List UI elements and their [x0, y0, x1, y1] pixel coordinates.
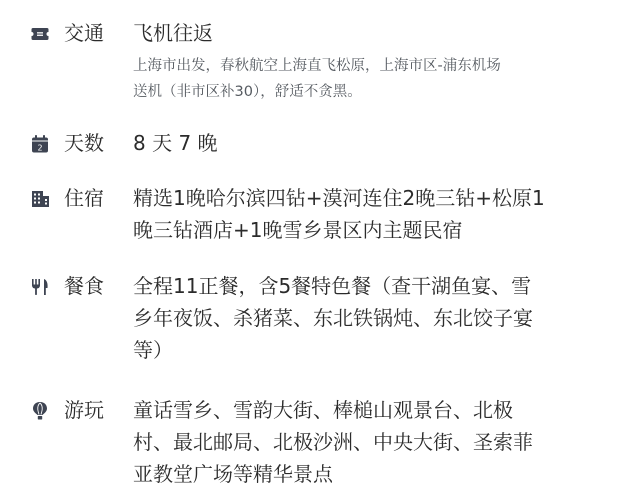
fork-knife-icon [30, 277, 50, 297]
duration-value: 8 天 7 晚 [133, 127, 603, 159]
accommodation-label: 住宿 [64, 182, 104, 214]
duration-content: 8 天 7 晚 [133, 127, 603, 159]
sightseeing-line: 亚教堂广场等精华景点 [133, 458, 603, 490]
transport-value: 飞机往返 [133, 17, 603, 49]
svg-text:2: 2 [37, 143, 42, 152]
transport-label: 交通 [64, 17, 104, 49]
sightseeing-content: 童话雪乡、雪韵大街、棒槌山观景台、北极 村、最北邮局、北极沙洲、中央大街、圣索菲… [133, 394, 603, 490]
sightseeing-line: 村、最北邮局、北极沙洲、中央大街、圣索菲 [133, 426, 603, 458]
transport-detail: 上海市出发，春秋航空上海直飞松原，上海市区-浦东机场 送机（非市区补30），舒适… [133, 53, 603, 105]
meals-line: 全程11正餐，含5餐特色餐（查干湖鱼宴、雪 [133, 270, 603, 302]
transport-content: 飞机往返 上海市出发，春秋航空上海直飞松原，上海市区-浦东机场 送机（非市区补3… [133, 17, 603, 105]
ticket-icon [30, 24, 50, 44]
calendar-icon: 2 [30, 134, 50, 154]
trip-summary-list: 交通 飞机往返 上海市出发，春秋航空上海直飞松原，上海市区-浦东机场 送机（非市… [0, 0, 641, 499]
accommodation-content: 精选1晚哈尔滨四钻+漠河连住2晚三钻+松原1 晚三钻酒店+1晚雪乡景区内主题民宿 [133, 182, 603, 246]
meals-label: 餐食 [64, 270, 104, 302]
meals-line: 等） [133, 334, 603, 366]
accommodation-line: 精选1晚哈尔滨四钻+漠河连住2晚三钻+松原1 [133, 182, 603, 214]
meals-content: 全程11正餐，含5餐特色餐（查干湖鱼宴、雪 乡年夜饭、杀猪菜、东北铁锅炖、东北饺… [133, 270, 603, 366]
transport-detail-line: 送机（非市区补30），舒适不贪黑。 [133, 79, 603, 105]
building-icon [30, 189, 50, 209]
accommodation-line: 晚三钻酒店+1晚雪乡景区内主题民宿 [133, 214, 603, 246]
sightseeing-label: 游玩 [64, 394, 104, 426]
sightseeing-line: 童话雪乡、雪韵大街、棒槌山观景台、北极 [133, 394, 603, 426]
meals-line: 乡年夜饭、杀猪菜、东北铁锅炖、东北饺子宴 [133, 302, 603, 334]
transport-detail-line: 上海市出发，春秋航空上海直飞松原，上海市区-浦东机场 [133, 53, 603, 79]
hot-air-balloon-icon [30, 401, 50, 421]
duration-label: 天数 [64, 127, 104, 159]
